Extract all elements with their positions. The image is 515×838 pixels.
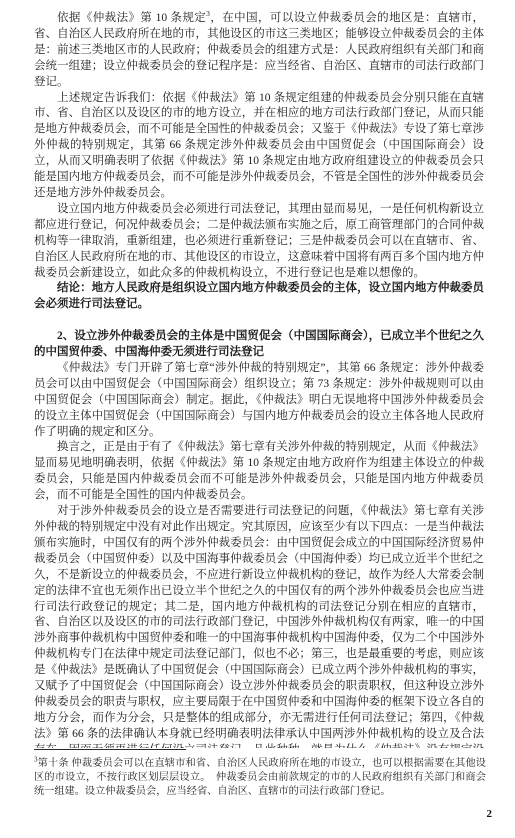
paragraph: 上述规定告诉我们：依据《仲裁法》第 10 条规定组建的仲裁委员会分别只能在直辖市… bbox=[34, 91, 484, 202]
section-heading: 2、设立涉外仲裁委员会的主体是中国贸促会（中国国际商会），已成立半个世纪之久的中… bbox=[34, 329, 484, 361]
footnote-reference: 3 bbox=[206, 11, 210, 18]
conclusion-paragraph: 结论：地方人民政府是组织设立国内地方仲裁委员会的主体，设立国内地方仲裁委员会必须… bbox=[34, 281, 484, 313]
paragraph: 《仲裁法》专门开辟了第七章“涉外仲裁的特别规定”，其第 66 条规定：涉外仲裁委… bbox=[34, 361, 484, 441]
document-body: 依据《仲裁法》第 10 条规定3，在中国，可以设立仲裁委员会的地区是：直辖市，省… bbox=[34, 11, 484, 748]
paragraph: 依据《仲裁法》第 10 条规定3，在中国，可以设立仲裁委员会的地区是：直辖市，省… bbox=[34, 11, 484, 91]
paragraph: 换言之，正是由于有了《仲裁法》第七章有关涉外仲裁的特别规定，从而《仲裁法》显而易… bbox=[34, 440, 484, 504]
document-page: 依据《仲裁法》第 10 条规定3，在中国，可以设立仲裁委员会的地区是：直辖市，省… bbox=[0, 0, 515, 838]
paragraph: 对于涉外仲裁委员会的设立是否需要进行司法登记的问题，《仲裁法》第七章有关涉外仲裁… bbox=[34, 504, 484, 748]
page-number: 2 bbox=[487, 808, 493, 820]
footnote-section: 3第十条 仲裁委员会可以在直辖市和省、自治区人民政府所在地的市设立，也可以根据需… bbox=[34, 749, 486, 800]
footnote-text: 3第十条 仲裁委员会可以在直辖市和省、自治区人民政府所在地的市设立，也可以根据需… bbox=[34, 757, 486, 800]
footnote-separator bbox=[34, 749, 186, 750]
footnote-body: 第十条 仲裁委员会可以在直辖市和省、自治区人民政府所在地的市设立，也可以根据需要… bbox=[34, 758, 486, 797]
paragraph: 设立国内地方仲裁委员会必须进行司法登记，其理由显而易见，一是任何机构新设立都应进… bbox=[34, 202, 484, 282]
